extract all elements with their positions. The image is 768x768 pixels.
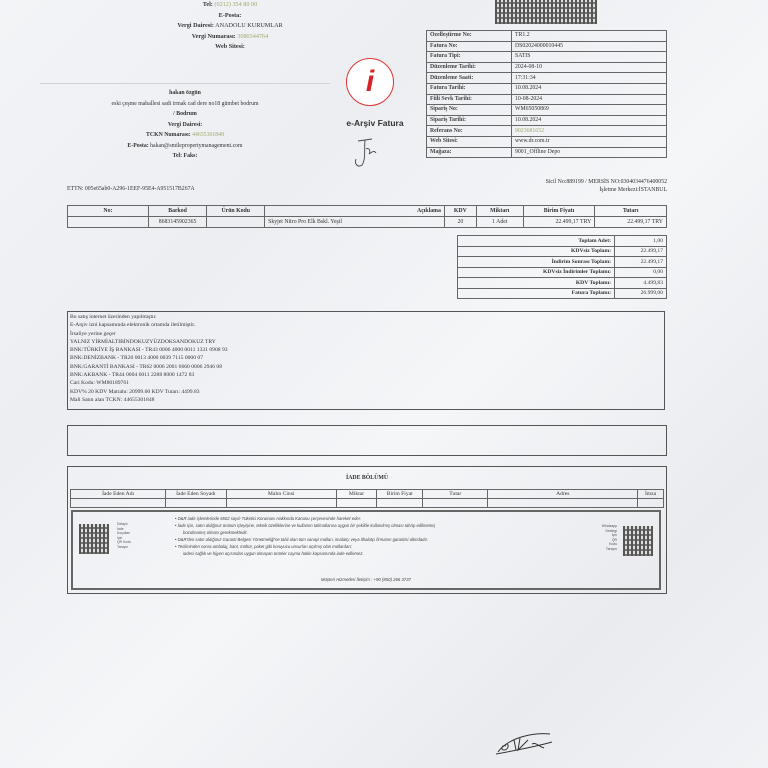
return-header: Tutar [423,490,488,499]
items-header: Birim Fiyatı [523,206,595,217]
return-cell [638,499,664,508]
totals-row: Toplam Adet:1,00 [458,236,667,247]
items-header: KDV [444,206,476,217]
meta-row: Sipariş Tarihi:10.08.2024 [427,115,667,126]
totals-label: Toplam Adet: [458,236,615,247]
meta-label: Mağaza: [427,147,512,158]
table-row: 8683145902365Skyjet Nitro Pro Elk Bskl. … [68,217,667,228]
return-qr-code-icon [79,524,109,554]
meta-label: Web Sitesi: [427,136,512,147]
items-header: Açıklama [265,206,445,217]
meta-label: Düzenleme Tarihi: [427,62,512,73]
totals-label: Fatura Toplamı: [458,288,615,299]
return-section: İADE BÖLÜMÜ İade Eden Adıİade Eden Soyad… [67,466,667,594]
note-line: BNK:AKBANK - TR44 0004 6011 2288 8000 14… [70,371,662,379]
totals-value: 0,00 [615,267,667,278]
meta-row: Özelleştirme No:TR1.2 [427,31,667,42]
return-cell [71,499,166,508]
totals-value: 4.499,83 [615,278,667,289]
return-cell [336,499,377,508]
meta-label: Referans No: [427,126,512,137]
totals-row: KDVsiz Toplam:22.499,17 [458,246,667,257]
condition-item: D&R iade işlemlerinde 6502 sayılı Tüketi… [175,515,575,522]
items-header: Ürün Kodu [207,206,265,217]
whatsapp-qr-code-icon [623,526,653,556]
registry-line-2: İşletme Merkezi:İSTANBUL [420,186,667,194]
return-cell [488,499,638,508]
return-cell [423,499,488,508]
return-table: İade Eden Adıİade Eden SoyadıMalın Cinsi… [70,489,664,508]
table-cell: 8683145902365 [148,217,207,228]
return-header: Adres [488,490,638,499]
totals-label: KDVsiz İndirimler Toplamı: [458,267,615,278]
buyer-name: hakan özgün [169,90,201,96]
meta-row: Düzenleme Saati:17:31:34 [427,73,667,84]
meta-label: Sipariş No: [427,105,512,116]
meta-value: 2024-08-10 [512,62,667,73]
table-cell: 22.499,17 TRY [523,217,595,228]
note-line: BNK:DENİZBANK - TR20 0013 4000 0039 7115… [70,354,662,362]
meta-label: Fatura Tipi: [427,52,512,63]
caption-line: Tarayın [602,547,617,552]
meta-label: Özelleştirme No: [427,31,512,42]
buyer-email-label: E-Posta: [127,143,148,149]
note-line: Bu satış internet üzerinden yapılmıştır. [70,313,662,321]
return-qr-caption: DetaylıİadeKoşullarıİçinQR KoduTarayın [117,522,131,550]
caption-line: Whatsapp [602,524,617,529]
meta-row: Web Sitesi:www.dr.com.tr [427,136,667,147]
buyer-tel-fax: Tel: Faks: [173,153,198,159]
meta-label: Fatura No: [427,41,512,52]
signature-icon [488,728,558,760]
meta-label: Sipariş Tarihi: [427,115,512,126]
totals-value: 22.499,17 [615,246,667,257]
meta-row: Fiili Sevk Tarihi:10-08-2024 [427,94,667,105]
table-cell: 1 Adet [476,217,523,228]
return-header: Malın Cinsi [226,490,336,499]
return-cell [377,499,423,508]
seller-tel: (0212) 354 80 00 [214,1,257,8]
condition-item: bozulmamış olması gerekmektedir. [175,529,575,536]
notes-box: Bu satış internet üzerinden yapılmıştır.… [67,311,665,410]
meta-value: WM65050869 [512,105,667,116]
note-line: E-Arşiv izni kapsamında elektronik ortam… [70,321,662,329]
note-line: İrsaliye yerine geçer [70,330,662,338]
table-cell: 20 [444,217,476,228]
meta-value: 10-08-2024 [512,94,667,105]
totals-value: 1,00 [615,236,667,247]
seller-web-label: Web Sitesi: [215,43,245,50]
totals-value: 26.999,00 [615,288,667,299]
table-cell: Skyjet Nitro Pro Elk Bskl. Yeşil [265,217,445,228]
meta-row: Referans No:9023681652 [427,126,667,137]
seller-tax-office: ANADOLU KURUMLAR [215,22,283,29]
condition-item: Tesliminden sonra ambalaj, bant, mühür, … [175,543,575,550]
whatsapp-qr-caption: WhatsappDestegiİçinQRKoduTarayın [602,524,617,552]
buyer-tckn: 44655301848 [192,132,224,138]
items-header: Barkod [148,206,207,217]
return-header: İade Eden Adı [71,490,166,499]
totals-row: KDV Toplamı:4.499,83 [458,278,667,289]
meta-row: Sipariş No:WM65050869 [427,105,667,116]
items-table: No:BarkodÜrün KoduAçıklamaKDVMiktarıBiri… [67,205,667,228]
totals-label: KDVsiz Toplam: [458,246,615,257]
note-line: Cari Kodu: WM80189761 [70,379,662,387]
meta-row: Düzenleme Tarihi:2024-08-10 [427,62,667,73]
return-cell [226,499,336,508]
return-header: Miktar [336,490,377,499]
meta-row: Fatura No:DS02024000010445 [427,41,667,52]
totals-row: Fatura Toplamı:26.999,00 [458,288,667,299]
table-cell [68,217,149,228]
caption-line: Tarayın [117,545,131,550]
registry-line-1: Sicil No:889199 / MERSİS NO:030403447640… [420,178,667,186]
gib-logo-icon: i [346,58,394,106]
totals-label: İndirim Sonrası Toplam: [458,257,615,268]
meta-value: SATIS [512,52,667,63]
meta-row: Fatura Tipi:SATIS [427,52,667,63]
condition-item: D&R'den satın aldığınız Garanti Belgesi … [175,536,575,543]
meta-label: Fatura Tarihi: [427,83,512,94]
return-header: Birim Fiyat [377,490,423,499]
totals-table: Toplam Adet:1,00KDVsiz Toplam:22.499,17İ… [457,235,667,299]
invoice-meta-table: Özelleştirme No:TR1.2Fatura No:DS0202400… [426,30,667,158]
condition-item: İade için, satın aldığınız ürünün işleyi… [175,522,575,529]
return-info-box: DetaylıİadeKoşullarıİçinQR KoduTarayın D… [71,510,661,590]
seller-tax-no: 3080344764 [237,33,268,40]
meta-value: TR1.2 [512,31,667,42]
seller-tax-office-label: Vergi Dairesi: [177,22,214,29]
totals-value: 22.499,17 [615,257,667,268]
return-section-title: İADE BÖLÜMÜ [68,475,666,481]
note-line: Mali Satın alan TCKN: 44655301848 [70,396,662,404]
items-header: Miktarı [476,206,523,217]
return-cell [166,499,227,508]
totals-row: KDVsiz İndirimler Toplamı:0,00 [458,267,667,278]
note-line: YALNIZ YİRMİALTIBİNDOKUZYÜZDOKSANDOKUZ T… [70,338,662,346]
items-header: No: [68,206,149,217]
totals-label: KDV Toplamı: [458,278,615,289]
buyer-city: / Bodrum [173,111,197,117]
meta-value: 17:31:34 [512,73,667,84]
meta-value: www.dr.com.tr [512,136,667,147]
meta-label: Fiili Sevk Tarihi: [427,94,512,105]
seller-tel-label: Tel: [203,1,213,8]
buyer-tckn-label: TCKN Numarası: [146,132,191,138]
buyer-info: hakan özgün eski çeşme mahallesi sadi ir… [40,83,330,162]
document-type-title: e-Arşiv Fatura [335,118,415,128]
buyer-address: eski çeşme mahallesi sadi irmak cad dere… [40,99,330,110]
buyer-email: hakan@smilepropertymanagement.com [150,143,242,149]
seller-tax-no-label: Vergi Numarası: [192,33,236,40]
meta-value: 9001_Offline Depo [512,147,667,158]
meta-value: 10.08.2024 [512,115,667,126]
return-header: İmza [638,490,664,499]
condition-item: iadesi sağlık ve hijyen açısından uygun … [175,550,575,557]
meta-row: Mağaza:9001_Offline Depo [427,147,667,158]
empty-box [67,425,667,456]
note-line: BNK:GARANTİ BANKASI - TR62 0006 2001 666… [70,363,662,371]
totals-row: İndirim Sonrası Toplam:22.499,17 [458,257,667,268]
items-header: Tutarı [595,206,667,217]
meta-value: DS02024000010445 [512,41,667,52]
customer-service-hotline: Müşteri Hizmetleri İletişim : +90 (850) … [73,577,659,582]
meta-value: 9023681652 [512,126,667,137]
meta-label: Düzenleme Saati: [427,73,512,84]
seller-info: Tel: (0212) 354 80 00 E-Posta: Vergi Dai… [130,0,330,53]
return-conditions: D&R iade işlemlerinde 6502 sayılı Tüketi… [175,515,575,557]
qr-code-icon [495,0,597,24]
signature-icon [350,135,380,170]
return-header: İade Eden Soyadı [166,490,227,499]
ettn: ETTN: 005e65ab0-A296-1EEF-95E4-A951517B2… [67,186,195,192]
table-cell: 22.499,17 TRY [595,217,667,228]
seller-email-label: E-Posta: [219,12,242,19]
buyer-tax-office-label: Vergi Dairesi: [168,122,202,128]
logo-letter: i [366,65,374,99]
note-line: BNK:TÜRKİYE İŞ BANKASI - TR43 0006 4000 … [70,346,662,354]
table-cell [207,217,265,228]
meta-value: 10.08.2024 [512,83,667,94]
note-line: KDV% 20 KDV Matrahı: 20999.00 KDV Tutarı… [70,388,662,396]
meta-row: Fatura Tarihi:10.08.2024 [427,83,667,94]
registry-info: Sicil No:889199 / MERSİS NO:030403447640… [420,178,667,194]
